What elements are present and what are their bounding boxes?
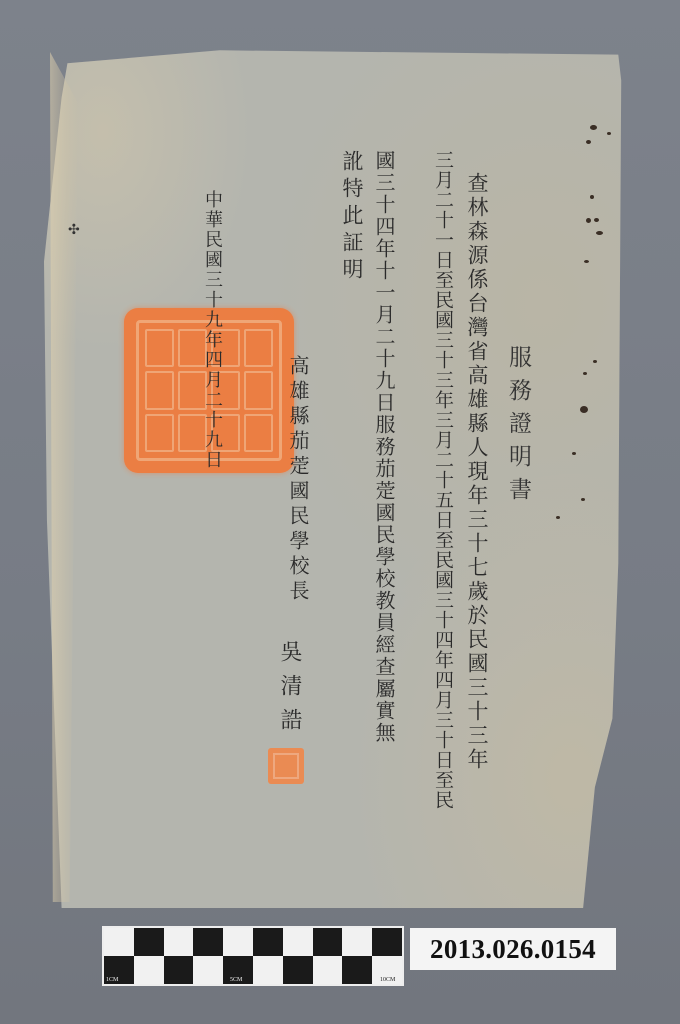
scale-bar: 1CM 5CM 10CM xyxy=(102,926,404,986)
body-column-1: 查林森源係台灣省高雄縣人現年三十七歲於民國三十三年 xyxy=(466,172,487,772)
scale-label-1cm: 1CM xyxy=(106,977,118,983)
scale-label-5cm: 5CM xyxy=(230,977,242,983)
paper-hole xyxy=(584,260,589,263)
body-column-2: 三月二十一日至民國三十三年三月二十五日至民國三十四年四月三十日至民 xyxy=(430,150,457,810)
body-column-4: 訛特此証明 xyxy=(337,150,367,285)
issuer-column: 高雄縣茄萣國民學校長 xyxy=(284,355,313,605)
paper-hole xyxy=(580,406,588,413)
paper-hole xyxy=(581,498,585,501)
paper-hole xyxy=(607,132,611,135)
paper-hole xyxy=(572,452,576,455)
date-column: 中華民國三十九年四月二十九日 xyxy=(199,190,225,470)
paper-hole xyxy=(590,125,597,130)
paper-hole xyxy=(556,516,560,519)
paper-hole xyxy=(583,372,587,375)
accession-number: 2013.026.0154 xyxy=(410,928,616,970)
document-title: 服務證明書 xyxy=(502,345,535,510)
personal-seal xyxy=(268,748,304,784)
paper-hole xyxy=(596,231,603,235)
paper-hole xyxy=(594,218,599,222)
body-column-3: 國三十四年十一月二十九日服務茄萣國民學校教員經查屬實無 xyxy=(370,150,399,744)
scale-label-10cm: 10CM xyxy=(380,977,395,983)
paper-hole xyxy=(586,140,591,144)
signatory-name: 吳清誥 xyxy=(274,640,305,742)
paper-hole xyxy=(590,195,594,199)
ink-blot: ✣ xyxy=(68,222,90,238)
paper-hole xyxy=(593,360,597,363)
paper-hole xyxy=(586,218,591,223)
